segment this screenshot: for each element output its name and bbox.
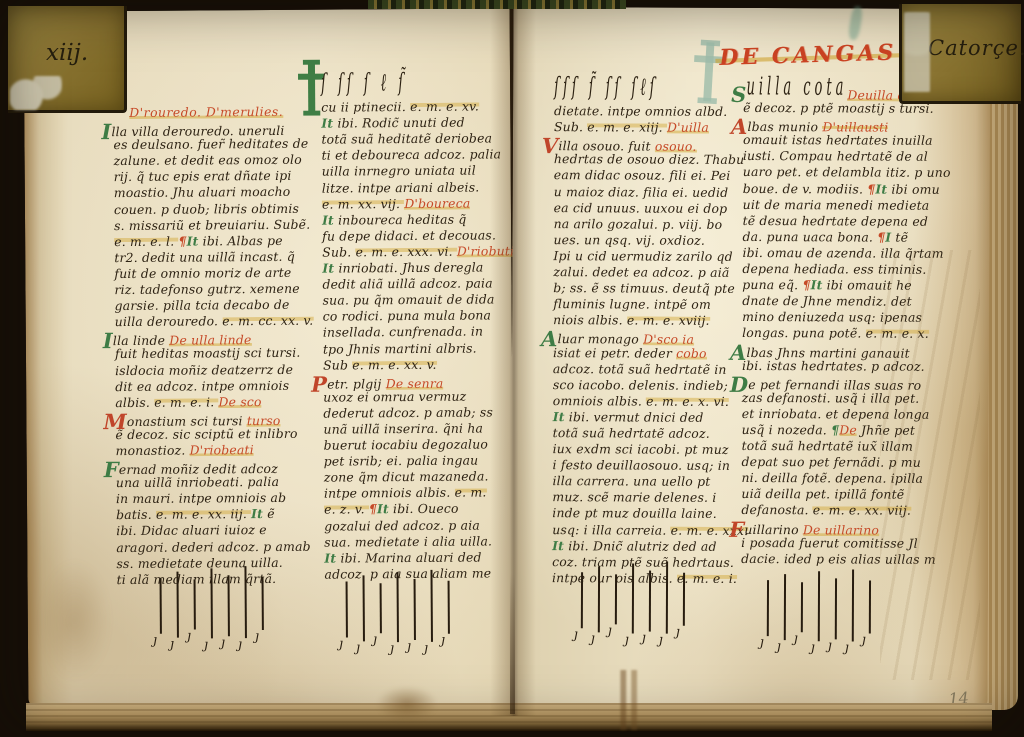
text-line: et inriobata. et depena longa: [742, 406, 942, 423]
run-ink: coz. triam ptẽ suẽ hedrtaus.: [552, 554, 734, 570]
text-line: zalui. dedet ea adcoz. p aiã: [553, 264, 749, 281]
text-line: aragori. dederi adcoz. p amab: [116, 538, 312, 555]
text-line: e. m. xx. vij. D'boureca: [322, 195, 514, 212]
text-line: Monastium sci tursi turso: [115, 409, 311, 426]
pen-stroke: [346, 581, 348, 637]
run-ink: fuit heditas moastij sci tursi.: [115, 345, 301, 361]
run-ink: co rodici. puna mula bona: [323, 308, 491, 324]
run-ink: defanosta.: [741, 502, 813, 517]
text-line: ea cid unuus. uuxou ei dop: [554, 200, 750, 217]
text-line: tpo Jhnis martini albris.: [323, 340, 515, 357]
spine-headband: [368, 0, 626, 9]
run-era: e. m. e. l.: [114, 233, 178, 248]
run-ink: muz. scẽ marie delenes. i: [552, 489, 716, 505]
text-line: ibi. istas hedrtates. p adcoz.: [742, 358, 942, 375]
run-ink: i festo deuillaosouo. usq; in: [553, 457, 731, 473]
run-green: It: [321, 116, 333, 131]
text-line: s. missariũ et breuiariu. Subẽ.: [114, 216, 310, 233]
run-ink: inriobati. Jhus deregla: [334, 260, 483, 276]
text-line: iux exdm sci iacobi. pt muz: [553, 441, 749, 458]
text-line: Petr. plgij De senra: [323, 372, 515, 389]
run-ink: rij. q̃ tuc epis erat dñate ipi: [114, 168, 292, 184]
text-line: dedit aliã uillã adcoz. paia: [322, 275, 514, 292]
text-line: es deulsano. fuer̃ heditates de: [113, 136, 309, 153]
text-line: ss. medietate deuna uilla.: [116, 554, 312, 571]
text-line: gozalui ded adcoz. p aia: [324, 517, 516, 534]
run-ink: b; ss. ẽ ss timuus. deutq̃ pte: [553, 280, 735, 296]
text-line: e. m. e. l. ¶It ibi. Albas pe: [114, 232, 310, 249]
text-line: Illa villa derouredo. uneruli: [113, 120, 309, 137]
pen-stroke: [194, 580, 196, 630]
run-ink: fluminis lugne. intpẽ om: [553, 296, 711, 312]
run-ink: usq̃ i nozeda.: [742, 422, 831, 437]
pen-stroke: [649, 571, 651, 632]
run-green: It: [187, 233, 199, 248]
text-line: sco iacobo. delenis. indieb;: [553, 377, 749, 394]
run-era: e. m. e. xx. iij.: [156, 506, 251, 522]
text-line: It ibi. Dnic̃ alutriz ded ad: [552, 538, 748, 555]
text-line: couen. p duob; libris obtimis: [114, 200, 310, 217]
run-ink: depat suo pet fernãdi. p mu: [742, 454, 921, 470]
pen-stroke: [666, 562, 668, 634]
run-ink: ibi. omau de azenda. illa q̃rtam: [742, 245, 943, 261]
text-line: litze. intpe ariani albeis.: [322, 179, 514, 196]
text-line: adcoz. totã suã hedrtatẽ in: [553, 361, 749, 378]
text-line: fu depe didaci. et decouas.: [322, 227, 514, 244]
text-line: co rodici. puna mula bona: [323, 308, 515, 325]
text-line: niois albis. e. m. e. xviij.: [553, 312, 749, 329]
text-line: Albas munio D'uillausti: [743, 116, 943, 133]
run-ink: pet isrib; ei. palia ingau: [324, 453, 479, 469]
text-line: totã suã hedrtatẽ adcoz.: [553, 425, 749, 442]
text-line: totã suã heditatẽ deriobea: [321, 131, 513, 148]
run-ink: isiat ei petr. deder: [553, 345, 676, 361]
run-ink: insellada. cunfrenada. in: [323, 324, 484, 340]
run-green: It: [553, 409, 565, 424]
run-pilcrow: ¶: [867, 181, 875, 196]
run-ink: cu ii ptinecii.: [321, 99, 410, 115]
run-era: e. z. v.: [324, 502, 369, 517]
text-line: sua. pu q̃m omauit de dida: [323, 292, 515, 309]
text-line: depat suo pet fernãdi. p mu: [742, 454, 942, 471]
pen-stroke: [176, 572, 178, 638]
run-tall: ſſſ ſ̃ ſſ ſℓſ: [554, 74, 658, 105]
text-line: na arilo gozalui. p. viij. bo: [554, 216, 750, 233]
run-era: e. m. e. xx. viij.: [813, 503, 911, 518]
text-line: It ibi. Marina aluari ded: [324, 549, 516, 566]
run-ink: inde pt muz douilla laine.: [552, 506, 717, 522]
pen-stroke: [767, 580, 769, 636]
run-ink: niois albis.: [553, 312, 627, 327]
run-ink: fu depe didaci. et decouas.: [322, 227, 496, 243]
text-line: uiã deilla pet. ipillã fontẽ: [741, 486, 941, 503]
left-page: D'rouredo. D'merulies.Illa villa deroure…: [24, 8, 515, 709]
run-ink: mino deniuzeda usq: ipenas: [742, 309, 922, 325]
text-line: zone q̃m dicut mazaneda.: [324, 469, 516, 486]
text-line: ti et deboureca adcoz. palia: [322, 147, 514, 164]
text-line: moastio. Jhu aluari moacho: [114, 184, 310, 201]
text-line: iusti. Compau hedrtatẽ de al: [743, 148, 943, 165]
run-ink: uit de maria menedi medieta: [743, 197, 930, 213]
text-line: eam didac osouz. fili ei. Pei: [554, 168, 750, 185]
text-line: i posada fuerut comitisse Jl: [741, 535, 941, 552]
text-line: isldocia moñiz deatzerrz de: [115, 361, 311, 378]
run-ink: in mauri. intpe omniois ab: [116, 490, 286, 506]
text-column-3: ſſſ ſ̃ ſſ ſℓſdietate. intpe omnios albd.…: [552, 87, 750, 587]
run-ink: usq: i illa carreia.: [552, 522, 671, 538]
run-ink: uxoz ei omrua vermuz: [323, 388, 466, 404]
text-line: b; ss. ẽ ss timuus. deutq̃ pte: [553, 280, 749, 297]
text-line: pet isrib; ei. palia ingau: [324, 452, 516, 469]
pen-stroke: [683, 573, 685, 626]
run-ink: ibi. istas hedrtates. p adcoz.: [742, 358, 925, 374]
run-green: It: [811, 277, 823, 292]
page-stack-edge-bottom: [26, 703, 992, 731]
text-line: uilla inrnegro uniata uil: [322, 163, 514, 180]
run-ink: zalune. et dedit eas omoz olo: [114, 152, 302, 168]
run-ink: adcoz. totã suã hedrtatẽ in: [553, 361, 727, 377]
run-ink: dietate. intpe omnios albd.: [554, 103, 727, 119]
run-ink: ẽ decoz. sic sciptũ et inlibro: [115, 426, 297, 442]
run-ginit: I: [101, 119, 111, 144]
text-line: omauit istas hedrtates inuilla: [743, 132, 943, 149]
text-line: Albas Jhns martini ganauit: [742, 341, 942, 358]
run-ink: una uillã inriobeati. palia: [116, 474, 279, 490]
folio-tab-left: xiij.: [8, 6, 127, 113]
text-line: da. puna uaca bona. ¶I tẽ: [742, 229, 942, 246]
text-line: garsie. pilla tcia decabo de: [115, 297, 311, 314]
folio-tab-right: Catorçe.: [899, 4, 1021, 104]
text-line: It inboureca heditas q̃: [322, 211, 514, 228]
run-heading: D'rouredo. D'merulies.: [129, 104, 283, 120]
run-red-hl: D'boureca: [404, 195, 470, 210]
run-pilcrow-g: ¶: [831, 422, 839, 437]
text-line: ibi. Didac aluari iuioz e: [116, 522, 312, 539]
run-ink: illa carrera. una uello pt: [552, 473, 710, 489]
run-ink: sua. medietate i alia uilla.: [324, 533, 492, 549]
pen-stroke: [784, 574, 786, 640]
text-line: omniois albis. e. m. e. x. vi.: [553, 393, 749, 410]
text-line: adcoz. p aia sua aliam me: [324, 565, 516, 582]
text-line: fuit de omnio moriz de arte: [114, 265, 310, 282]
text-line: Illa linde De ulla linde: [115, 329, 311, 346]
run-ink: adcoz. p aia sua aliam me: [324, 565, 491, 581]
run-era: e. m. e. xiij.: [587, 119, 667, 134]
run-ink: iusti. Compau hedrtatẽ de al: [743, 148, 928, 164]
pen-stroke: [363, 575, 365, 641]
text-line: e. z. v. ¶It ibi. Oueco: [324, 501, 516, 518]
run-ink: ibi. Didac aluari iuioz e: [116, 522, 267, 538]
run-ink: ni. deilla fotẽ. depena. ipilla: [741, 470, 923, 486]
run-ink: isldocia moñiz deatzerrz de: [115, 361, 293, 377]
text-line: batis. e. m. e. xx. iij. It ẽ: [116, 506, 312, 523]
run-era: e. m. e. xx. v.: [352, 356, 436, 372]
run-ink: garsie. pilla tcia decabo de: [115, 297, 290, 313]
pen-stroke: [632, 563, 634, 633]
text-line: ni. deilla fotẽ. depena. ipilla: [741, 470, 941, 487]
text-line: unã uillã inserira. q̃ni ha: [323, 420, 515, 437]
run-green: It: [322, 212, 334, 227]
text-line: D'rouredo. D'merulies.: [113, 104, 309, 121]
text-line: coz. triam ptẽ suẽ hedrtaus.: [552, 554, 748, 571]
text-line: It ibi. vermut dnici ded: [553, 409, 749, 426]
run-ink: zone q̃m dicut mazaneda.: [324, 469, 489, 485]
text-line: rij. q̃ tuc epis erat dñate ipi: [114, 168, 310, 185]
text-line: illa carrera. una uello pt: [552, 473, 748, 490]
run-ink: na arilo gozalui. p. viij. bo: [554, 216, 723, 232]
text-line: Ipi u cid uermudiz zarilo qd: [553, 248, 749, 265]
text-line: totã suã hedrtatẽ iux̃ illam: [742, 438, 942, 455]
text-line: tr2. dedit una uillã incast. q̃: [114, 249, 310, 266]
run-tall: uilla cota: [746, 73, 847, 104]
pen-stroke: [262, 577, 264, 630]
text-line: inde pt muz douilla laine.: [552, 506, 748, 523]
run-ink: riz. tadefonso gutrz. xemene: [114, 281, 299, 297]
text-line: i festo deuillaosouo. usq; in: [552, 457, 748, 474]
run-green: It: [552, 538, 564, 553]
pen-stroke: [818, 571, 820, 641]
text-line: u maioz diaz. filia ei. uedid: [554, 184, 750, 201]
run-era: e. m. e. i.: [154, 394, 218, 409]
text-column-2: ſ ſſ ſ ℓ ſ̃cu ii ptinecii. e. m. e. xv.I…: [321, 82, 516, 582]
run-ink: ibi. Oueco: [389, 501, 459, 516]
text-column-4: Suilla cota Deuilla cotaẽ decoz. p ptẽ m…: [741, 84, 943, 568]
manuscript-photo: D'rouredo. D'merulies.Illa villa deroure…: [0, 0, 1024, 737]
pen-stroke: [414, 579, 416, 640]
text-line: ſſſ ſ̃ ſſ ſℓſ: [554, 87, 750, 104]
run-ink: dnate de Jhne mendiz. det: [742, 293, 912, 309]
pen-stroke: [615, 574, 617, 624]
text-line: cu ii ptinecii. e. m. e. xv.: [321, 98, 513, 115]
run-ink: hedrtas de osouo diez. Thabu: [554, 152, 745, 168]
text-line: Sub. e. m. e. xxx. vi. D'riobuti: [322, 243, 514, 260]
text-column-1: D'rouredo. D'merulies.Illa villa deroure…: [113, 104, 312, 588]
pen-stroke: [430, 570, 433, 642]
run-ink: Sub: [323, 357, 352, 372]
run-ink: tẽ: [891, 229, 908, 244]
text-line: zalune. et dedit eas omoz olo: [114, 152, 310, 169]
text-line: uilla derouredo. e. m. cc. xx. v.: [115, 313, 311, 330]
text-line: isiat ei petr. deder cobo: [553, 345, 749, 362]
descender-flourishes: [581, 572, 685, 633]
run-ink: moastio. Jhu aluari moacho: [114, 184, 291, 200]
folio-number-right: Catorçe.: [928, 36, 1024, 60]
text-line: ſ ſſ ſ ℓ ſ̃: [321, 82, 513, 99]
run-pilcrow: ¶: [877, 229, 885, 244]
run-ink: depena hediada. ess timinis.: [742, 261, 926, 277]
run-ink: ibi omauit he: [822, 277, 911, 292]
text-line: Villa osouo. fuit osouo.: [554, 135, 750, 152]
text-line: depena hediada. ess timinis.: [742, 261, 942, 278]
pen-stroke: [598, 566, 600, 632]
pen-stroke: [396, 572, 398, 642]
run-ink: tẽ desua hedrtate depena ed: [743, 213, 929, 229]
run-green: It: [875, 181, 887, 196]
run-ink: sua. pu q̃m omauit de dida: [323, 292, 495, 308]
text-line: buerut iocabiu degozaluo: [324, 436, 516, 453]
run-ink: sco iacobo. delenis. indieb;: [553, 377, 728, 393]
run-ink: uaro pet. et delambla itiz. p uno: [743, 164, 951, 180]
run-red-hl: D'riobuti: [457, 243, 514, 258]
run-ink: s. missariũ et breuiariu. Subẽ.: [114, 216, 310, 232]
run-green: It: [251, 506, 263, 521]
pen-stroke: [869, 581, 871, 634]
pen-stroke: [160, 578, 162, 634]
run-ink: ibi. Albas pe: [198, 233, 282, 249]
run-red-hl: De sco: [218, 394, 261, 409]
run-ink: ea cid unuus. uuxou ei dop: [554, 200, 728, 216]
text-line: monastioz. D'riobeati: [116, 442, 312, 459]
run-ink: tr2. dedit una uillã incast. q̃: [114, 249, 295, 265]
text-line: riz. tadefonso gutrz. xemene: [114, 281, 310, 298]
run-ink: ibi. Rodic̃ unuti ded: [333, 115, 465, 131]
run-ink: albis.: [115, 394, 154, 409]
run-era: e. m. e. i.: [677, 570, 737, 585]
text-line: ibi. omau de azenda. illa q̃rtam: [742, 245, 942, 262]
text-line: dnate de Jhne mendiz. det: [742, 293, 942, 310]
text-line: hedrtas de osouo diez. Thabu: [554, 152, 750, 169]
run-ink: uilla derouredo.: [115, 314, 223, 330]
run-era: e. m. xx. vij.: [322, 196, 404, 212]
run-green: It: [322, 261, 334, 276]
text-line: ẽ decoz. sic sciptũ et inlibro: [115, 426, 311, 443]
run-ink: buerut iocabiu degozaluo: [324, 437, 489, 453]
run-ink: iux exdm sci iacobi. pt muz: [553, 441, 729, 457]
run-ink: uiã deilla pet. ipillã fontẽ: [741, 486, 904, 502]
run-ink: boue. de v. modiis.: [743, 181, 868, 197]
run-ink: et inriobata. et depena longa: [742, 406, 930, 422]
run-ink: omauit istas hedrtates inuilla: [743, 132, 933, 148]
run-ink: Sub.: [554, 119, 587, 134]
text-line: mino deniuzeda usq: ipenas: [742, 309, 942, 326]
run-ink: ti et deboureca adcoz. palia: [322, 147, 502, 163]
descender-flourishes: [767, 580, 871, 641]
run-ink: omniois albis.: [553, 393, 646, 408]
run-ink: dit ea adcoz. intpe omniois: [115, 377, 289, 393]
run-ink: tpo Jhnis martini albris.: [323, 340, 477, 356]
run-ink: ibi. Dnic̃ alutriz ded ad: [564, 538, 717, 554]
run-ink: gozalui ded adcoz. p aia: [324, 517, 480, 533]
run-red-hl: D'riobeati: [190, 442, 254, 457]
run-ink: Jhñe pet: [857, 422, 915, 437]
run-ink: da. puna uaca bona.: [743, 229, 878, 245]
text-line: defanosta. e. m. e. xx. viij.: [741, 502, 941, 519]
run-ink: longas. puna potẽ.: [742, 325, 866, 341]
run-ink: dacie. ided p eis alias uillas m: [741, 551, 936, 567]
text-line: De pet fernandi illas suas ro: [742, 374, 942, 391]
run-ink: totã suã hedrtatẽ iux̃ illam: [742, 438, 914, 454]
text-line: uaro pet. et delambla itiz. p uno: [743, 164, 943, 181]
text-line: sua. medietate i alia uilla.: [324, 533, 516, 550]
run-ink: totã suã heditatẽ deriobea: [321, 131, 492, 147]
text-line: Sub e. m. e. xx. v.: [323, 356, 515, 373]
text-line: una uillã inriobeati. palia: [116, 474, 312, 491]
text-line: uxoz ei omrua vermuz: [323, 388, 515, 405]
text-line: uit de maria menedi medieta: [743, 197, 943, 214]
text-line: fluminis lugne. intpẽ om: [553, 296, 749, 313]
text-line: intpe omniois albis. e. m.: [324, 485, 516, 502]
text-line: usq: i illa carreia. e. m. e. xxx.: [552, 522, 748, 539]
run-ink: u maioz diaz. filia ei. uedid: [554, 184, 729, 200]
right-page: De Cangas ſſſ ſ̃ ſſ ſℓſdietate. intpe om…: [510, 7, 990, 711]
run-ink: ues. un qsq. vij. oxdioz.: [553, 232, 705, 248]
run-ink: ss. medietate deuna uilla.: [116, 555, 283, 571]
run-era: e. m. e. xviij.: [627, 313, 710, 328]
text-line: longas. puna potẽ. e. m. e. x.: [742, 325, 942, 342]
text-line: dacie. ided p eis alias uillas m: [741, 551, 941, 568]
text-line: dit ea adcoz. intpe omniois: [115, 377, 311, 394]
run-ink: ibi. Marina aluari ded: [336, 549, 481, 565]
run-ink: Ipi u cid uermudiz zarilo qd: [553, 248, 732, 264]
text-line: It ibi. Rodic̃ unuti ded: [321, 114, 513, 131]
run-pilcrow: ¶: [369, 502, 377, 517]
text-line: usq̃ i nozeda. ¶De Jhñe pet: [742, 422, 942, 439]
run-red-hl: De: [839, 422, 857, 437]
run-red-hl: D'uilla: [667, 120, 709, 135]
text-line: It inriobati. Jhus deregla: [322, 259, 514, 276]
run-ink: es deulsano. fuer̃ heditates de: [113, 136, 308, 152]
run-tall: ſ ſſ ſ ℓ ſ̃: [321, 70, 407, 101]
text-line: ues. un qsq. vij. oxdioz.: [553, 232, 749, 249]
run-red-hl: cobo: [676, 345, 707, 360]
text-line: puna eq̃. ¶It ibi omauit he: [742, 277, 942, 294]
run-ginit: I: [103, 328, 113, 353]
text-line: albis. e. m. e. i. De sco: [115, 393, 311, 410]
pen-stroke: [801, 582, 803, 632]
run-era: e. m. e. x.: [866, 326, 929, 341]
run-ink: eam didac osouz. fili ei. Pei: [554, 168, 731, 184]
run-ink: ibi. vermut dnici ded: [565, 409, 704, 425]
text-line: Fuillarino De uillarino: [741, 518, 941, 535]
pen-stroke: [852, 569, 854, 641]
run-ink: ibi omu: [887, 181, 940, 196]
run-ink: dedit aliã uillã adcoz. paia: [322, 276, 492, 292]
run-ink: litze. intpe ariani albeis.: [322, 179, 480, 195]
text-line: dederut adcoz. p amab; ss: [323, 404, 515, 421]
run-ink: Sub.: [322, 244, 355, 259]
run-era: e. m. cc. xx. v.: [222, 313, 313, 329]
descender-flourishes: [160, 577, 264, 639]
text-line: Sub. e. m. e. xiij. D'uilla: [554, 119, 750, 136]
pen-stroke: [448, 581, 450, 634]
descender-flourishes: [346, 581, 450, 643]
text-line: dietate. intpe omnios albd.: [554, 103, 750, 120]
run-ink: totã suã hedrtatẽ adcoz.: [553, 425, 710, 441]
text-line: Aluar monago D'sco ia: [553, 329, 749, 346]
pen-stroke: [210, 568, 212, 638]
run-ink: zas defanosti. usq̃ i illa pet.: [742, 390, 920, 406]
pen-stroke: [835, 578, 837, 639]
run-ink: fuit de omnio moriz de arte: [114, 265, 291, 281]
run-green: It: [377, 502, 389, 517]
run-green: It: [324, 550, 336, 565]
run-era: e. m. e. x. vi.: [646, 393, 729, 408]
run-ink: unã uillã inserira. q̃ni ha: [323, 420, 483, 436]
chapter-heading: De Cangas: [715, 39, 901, 71]
run-ink: uilla inrnegro uniata uil: [322, 163, 476, 179]
run-ink: dederut adcoz. p amab; ss: [323, 404, 493, 420]
pen-stroke: [244, 566, 247, 638]
run-ink: puna eq̃.: [742, 277, 802, 292]
run-ink: zalui. dedet ea adcoz. p aiã: [553, 264, 729, 280]
text-line: zas defanosti. usq̃ i illa pet.: [742, 390, 942, 407]
text-line: Fernad moñiz dedit adcoz: [116, 458, 312, 475]
text-line: insellada. cunfrenada. in: [323, 324, 515, 341]
run-ink: aragori. dederi adcoz. p amab: [116, 538, 311, 554]
run-ink: i posada fuerut comitisse Jl: [741, 535, 918, 551]
text-line: in mauri. intpe omniois ab: [116, 490, 312, 507]
text-line: boue. de v. modiis. ¶It ibi omu: [743, 181, 943, 198]
